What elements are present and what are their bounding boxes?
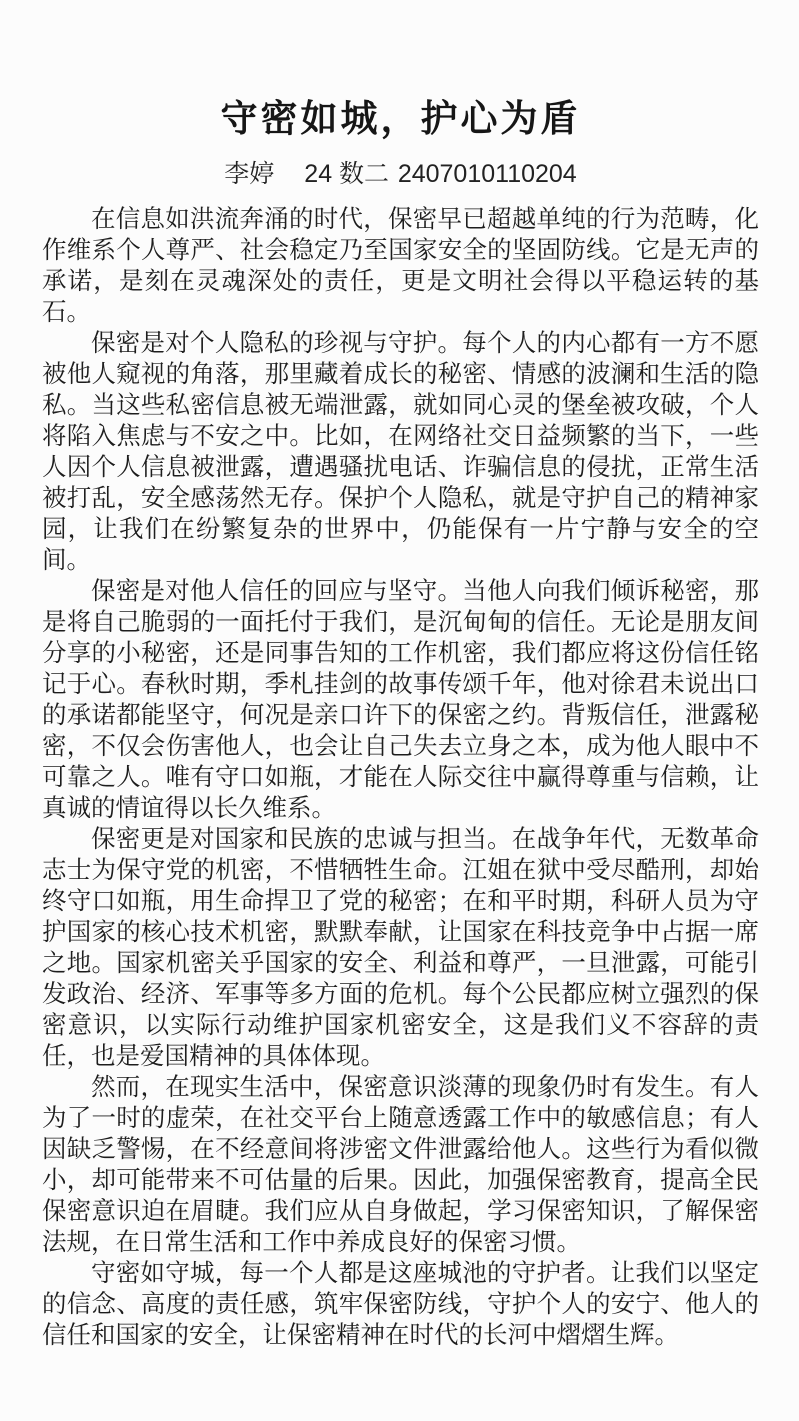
essay-paragraph-personal-privacy: 保密是对个人隐私的珍视与守护。每个人的内心都有一方不愿被他人窥视的角落，那里藏着… bbox=[42, 328, 759, 576]
essay-paragraph-nation: 保密更是对国家和民族的忠诚与担当。在战争年代，无数革命志士为保守党的机密，不惜牺… bbox=[42, 824, 759, 1072]
class-label: 24 数二 bbox=[304, 160, 389, 188]
document-page: 守密如城，护心为盾 李婷24 数二2407010110204 在信息如洪流奔涌的… bbox=[0, 0, 799, 1421]
essay-paragraph-reality: 然而，在现实生活中，保密意识淡薄的现象仍时有发生。有人为了一时的虚荣，在社交平台… bbox=[42, 1072, 759, 1258]
essay-byline: 李婷24 数二2407010110204 bbox=[42, 154, 759, 190]
essay-body: 在信息如洪流奔涌的时代，保密早已超越单纯的行为范畴，化作维系个人尊严、社会稳定乃… bbox=[42, 204, 759, 1351]
essay-paragraph-trust: 保密是对他人信任的回应与坚守。当他人向我们倾诉秘密，那是将自己脆弱的一面托付于我… bbox=[42, 576, 759, 824]
essay-paragraph-conclusion: 守密如守城，每一个人都是这座城池的守护者。让我们以坚定的信念、高度的责任感，筑牢… bbox=[42, 1258, 759, 1351]
essay-paragraph-intro: 在信息如洪流奔涌的时代，保密早已超越单纯的行为范畴，化作维系个人尊严、社会稳定乃… bbox=[42, 204, 759, 328]
author-name: 李婷 bbox=[224, 160, 274, 188]
student-id: 2407010110204 bbox=[398, 160, 577, 188]
essay-title: 守密如城，护心为盾 bbox=[42, 88, 759, 142]
